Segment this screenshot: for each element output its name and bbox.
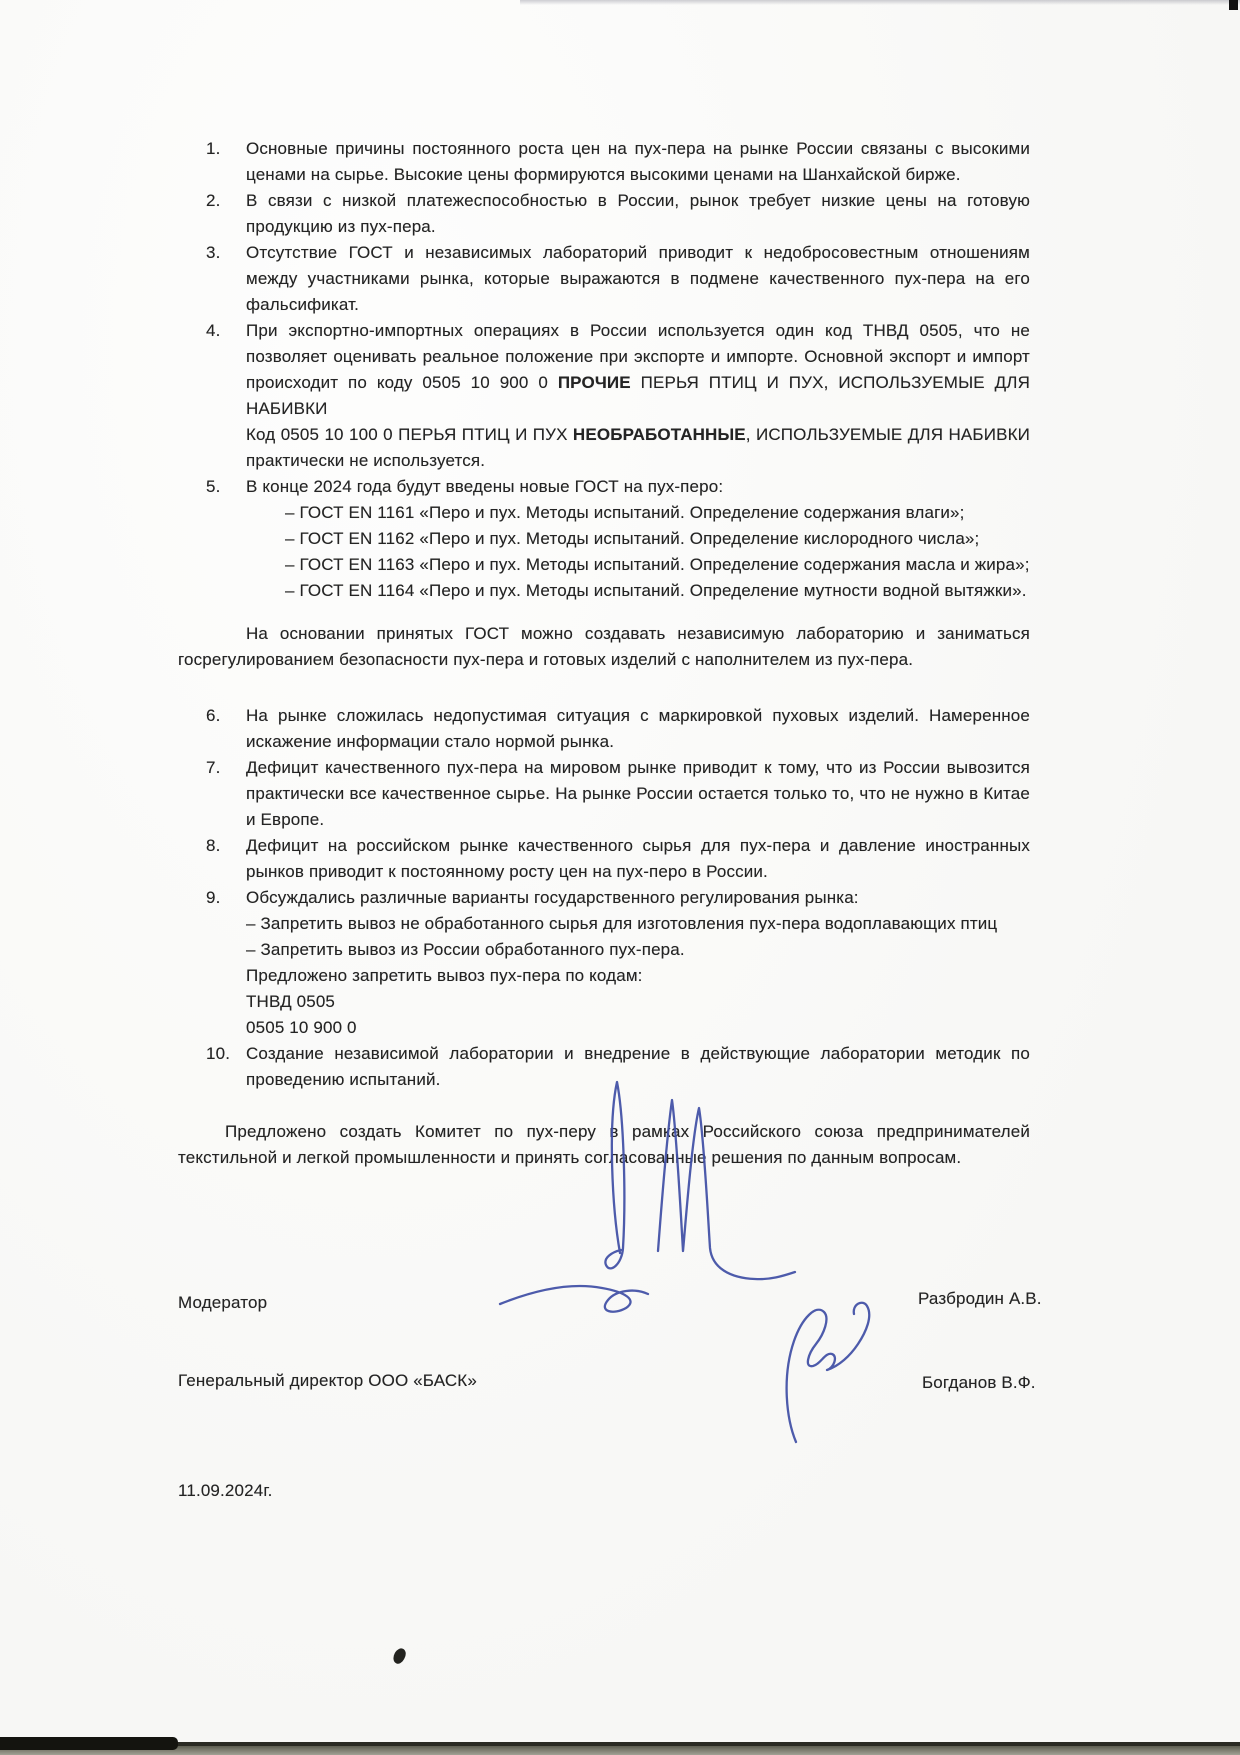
list-subitem: – ГОСТ EN 1163 «Перо и пух. Методы испыт… xyxy=(246,552,1030,578)
list-item-paragraph: Код 0505 10 100 0 ПЕРЬЯ ПТИЦ И ПУХ НЕОБР… xyxy=(246,422,1030,474)
list-subitem: – ГОСТ EN 1162 «Перо и пух. Методы испыт… xyxy=(246,526,1030,552)
moderator-role-label: Модератор xyxy=(178,1290,267,1316)
list-item-lead: Обсуждались различные варианты государст… xyxy=(246,885,1030,911)
list-item-paragraph: При экспортно-импортных операциях в Росс… xyxy=(246,318,1030,422)
list-item-number: 10. xyxy=(178,1041,246,1093)
list-subitem: Предложено запретить вывоз пух-пера по к… xyxy=(246,963,1030,989)
list-part-two: 6. На рынке сложилась недопустимая ситуа… xyxy=(178,703,1030,1093)
director-name-label: Богданов В.Ф. xyxy=(922,1370,1036,1396)
list-item-text: Дефицит качественного пух-пера на мирово… xyxy=(246,755,1030,833)
scan-edge-smudge xyxy=(520,0,1240,5)
list-item-text: Обсуждались различные варианты государст… xyxy=(246,885,1030,1041)
ink-blot-mark xyxy=(391,1646,408,1665)
list-subitem: – ГОСТ EN 1164 «Перо и пух. Методы испыт… xyxy=(246,578,1030,604)
list-subitem: 0505 10 900 0 xyxy=(246,1015,1030,1041)
list-item-text: Отсутствие ГОСТ и независимых лаборатори… xyxy=(246,240,1030,318)
list-item-text: Основные причины постоянного роста цен н… xyxy=(246,136,1030,188)
list-item-number: 9. xyxy=(178,885,246,1041)
list-item-number: 2. xyxy=(178,188,246,240)
list-item-text: Дефицит на российском рынке качественног… xyxy=(246,833,1030,885)
list-item: 5. В конце 2024 года будут введены новые… xyxy=(178,474,1030,604)
document-date: 11.09.2024г. xyxy=(178,1478,272,1504)
document-body: 1. Основные причины постоянного роста це… xyxy=(178,136,1030,1188)
list-item: 3. Отсутствие ГОСТ и независимых лаборат… xyxy=(178,240,1030,318)
list-item: 6. На рынке сложилась недопустимая ситуа… xyxy=(178,703,1030,755)
scanned-document-page: 1. Основные причины постоянного роста це… xyxy=(0,0,1240,1755)
gost-summary-paragraph: На основании принятых ГОСТ можно создава… xyxy=(178,621,1030,673)
list-item: 9. Обсуждались различные варианты госуда… xyxy=(178,885,1030,1041)
text-segment: Код 0505 10 100 0 ПЕРЬЯ ПТИЦ И ПУХ xyxy=(246,425,573,444)
text-segment-bold: НЕОБРАБОТАННЫЕ xyxy=(573,425,746,444)
scan-corner-mark xyxy=(1229,0,1238,10)
list-item-number: 1. xyxy=(178,136,246,188)
director-signature xyxy=(766,1296,896,1446)
text-segment-bold: ПРОЧИЕ xyxy=(558,373,631,392)
list-item-text: В связи с низкой платежеспособностью в Р… xyxy=(246,188,1030,240)
list-item-text: В конце 2024 года будут введены новые ГО… xyxy=(246,474,1030,604)
list-item: 2. В связи с низкой платежеспособностью … xyxy=(178,188,1030,240)
list-item: 8. Дефицит на российском рынке качествен… xyxy=(178,833,1030,885)
list-item-number: 8. xyxy=(178,833,246,885)
director-role-label: Генеральный директор ООО «БАСК» xyxy=(178,1368,477,1394)
scan-bottom-strip xyxy=(0,1746,1240,1755)
list-item-text: При экспортно-импортных операциях в Росс… xyxy=(246,318,1030,474)
list-item-number: 4. xyxy=(178,318,246,474)
list-item: 1. Основные причины постоянного роста це… xyxy=(178,136,1030,188)
list-item-number: 6. xyxy=(178,703,246,755)
list-item-number: 5. xyxy=(178,474,246,604)
list-item-text: На рынке сложилась недопустимая ситуация… xyxy=(246,703,1030,755)
list-subitem: – Запретить вывоз из России обработанног… xyxy=(246,937,1030,963)
moderator-signature xyxy=(490,1068,800,1323)
list-subitem: – ГОСТ EN 1161 «Перо и пух. Методы испыт… xyxy=(246,500,1030,526)
list-subitem: – Запретить вывоз не обработанного сырья… xyxy=(246,911,1030,937)
list-item: 4. При экспортно-импортных операциях в Р… xyxy=(178,318,1030,474)
scan-bottom-edge-line xyxy=(0,1742,1240,1746)
list-item: 7. Дефицит качественного пух-пера на мир… xyxy=(178,755,1030,833)
list-item-lead: В конце 2024 года будут введены новые ГО… xyxy=(246,474,1030,500)
list-item-number: 3. xyxy=(178,240,246,318)
list-subitem: ТНВД 0505 xyxy=(246,989,1030,1015)
list-item-number: 7. xyxy=(178,755,246,833)
moderator-name-label: Разбродин А.В. xyxy=(918,1286,1042,1312)
scan-bottom-left-shadow xyxy=(0,1737,178,1750)
